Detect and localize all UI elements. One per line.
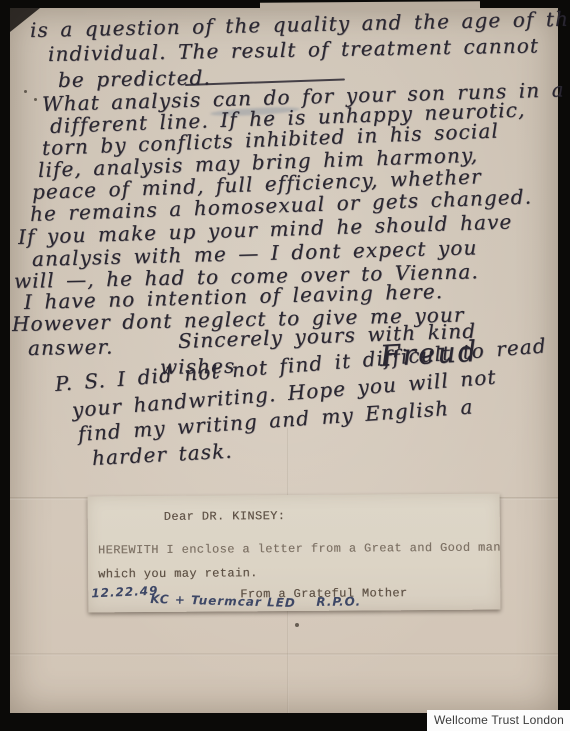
note-salutation: Dear DR. KINSEY:	[164, 509, 286, 524]
handwritten-initials: R.P.O.	[316, 595, 361, 609]
ink-speck	[24, 90, 27, 93]
photo-frame: is a question of the quality and the age…	[0, 0, 570, 731]
ink-speck	[34, 98, 37, 101]
letter-paper: is a question of the quality and the age…	[10, 8, 558, 713]
handwritten-code: KC + Tuermcar LED	[150, 592, 296, 610]
credit-label: Wellcome Trust London	[434, 713, 564, 727]
credit-badge: Wellcome Trust London	[427, 710, 570, 731]
fold-crease	[10, 653, 558, 656]
typed-note-slip: Dear DR. KINSEY: HEREWITH I enclose a le…	[88, 494, 501, 613]
note-body-line: HEREWITH I enclose a letter from a Great…	[98, 541, 501, 558]
handwritten-line: answer.	[28, 335, 114, 360]
note-body-line: which you may retain.	[98, 566, 258, 581]
ink-speck	[295, 623, 299, 627]
handwritten-date: 12.22.49	[91, 584, 159, 601]
